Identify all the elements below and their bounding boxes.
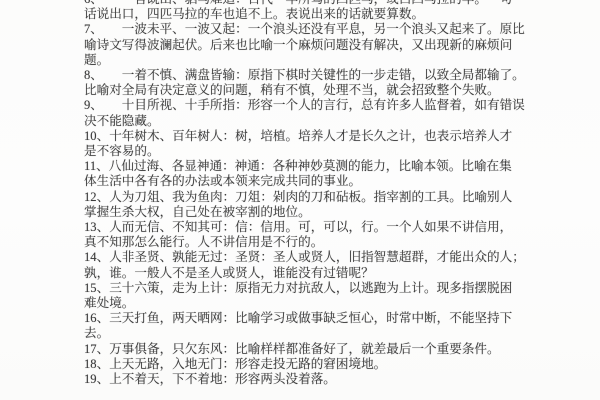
idiom-item-13: 13、人而无信、不知其可：信：信用。可，可以，行。一个人如果不讲信用， 真不知那… <box>84 220 556 250</box>
idiom-item-14: 14、人非圣贤、孰能无过：圣贤：圣人或贤人，旧指智慧超群，才能出众的人； 孰，谁… <box>84 250 556 280</box>
scanned-document-page: 6、 一言既出、驷马难追：古代一车所驾的四匹马，或曰四马拉的车。一句 话说出口，… <box>0 0 600 400</box>
idiom-item-15: 15、三十六策，走为上计：原指无力对抗敌人，以逃跑为上计。现多指摆脱困 难处境。 <box>84 281 556 311</box>
idiom-list: 6、 一言既出、驷马难追：古代一车所驾的四匹马，或曰四马拉的车。一句 话说出口，… <box>84 0 556 387</box>
idiom-item-7: 7、 一波未平、一波又起：一个浪头还没有平息，另一个浪头又起来了。原比 喻诗文写… <box>84 22 556 68</box>
idiom-item-18: 18、上天无路，入地无门：形容走投无路的窘困境地。 <box>84 357 556 372</box>
idiom-item-17: 17、万事俱备，只欠东风：比喻样样都准备好了，就差最后一个重要条件。 <box>84 342 556 357</box>
idiom-item-8: 8、 一着不慎、满盘皆输：原指下棋时关键性的一步走错，以致全局都输了。 比喻对全… <box>84 68 556 98</box>
idiom-item-12: 12、人为刀俎、我为鱼肉：刀俎：剁肉的刀和砧板。指宰割的工具。比喻别人 掌握生杀… <box>84 190 556 220</box>
idiom-item-10: 10、十年树木、百年树人：树，培植。培养人才是长久之计，也表示培养人才 是不容易… <box>84 129 556 159</box>
idiom-item-19: 19、上不着天，下不着地：形容两头没着落。 <box>84 372 556 387</box>
idiom-item-6: 6、 一言既出、驷马难追：古代一车所驾的四匹马，或曰四马拉的车。一句 话说出口，… <box>84 0 556 22</box>
idiom-item-11: 11、八仙过海、各显神通：神通：各种神妙莫测的能力，比喻本领。比喻在集 体生活中… <box>84 159 556 189</box>
idiom-item-16: 16、三天打鱼，两天晒网：比喻学习或做事缺乏恒心，时常中断，不能坚持下 去。 <box>84 311 556 341</box>
idiom-item-9: 9、 十目所视、十手所指：形容一个人的言行，总有许多人监督着，如有错误 决不能隐… <box>84 98 556 128</box>
